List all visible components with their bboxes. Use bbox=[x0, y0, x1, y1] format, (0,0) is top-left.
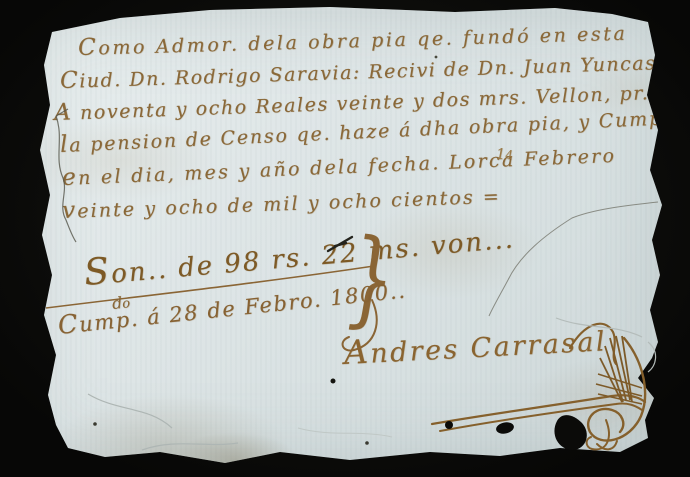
photo-backdrop: Como Admor. dela obra pia qe. fundó en e… bbox=[0, 0, 690, 477]
manuscript-paper: Como Admor. dela obra pia qe. fundó en e… bbox=[0, 0, 690, 477]
amount-line: Son.. de 98 rs. 22 ms. von... bbox=[82, 213, 516, 293]
archival-number: 14 bbox=[496, 146, 513, 163]
